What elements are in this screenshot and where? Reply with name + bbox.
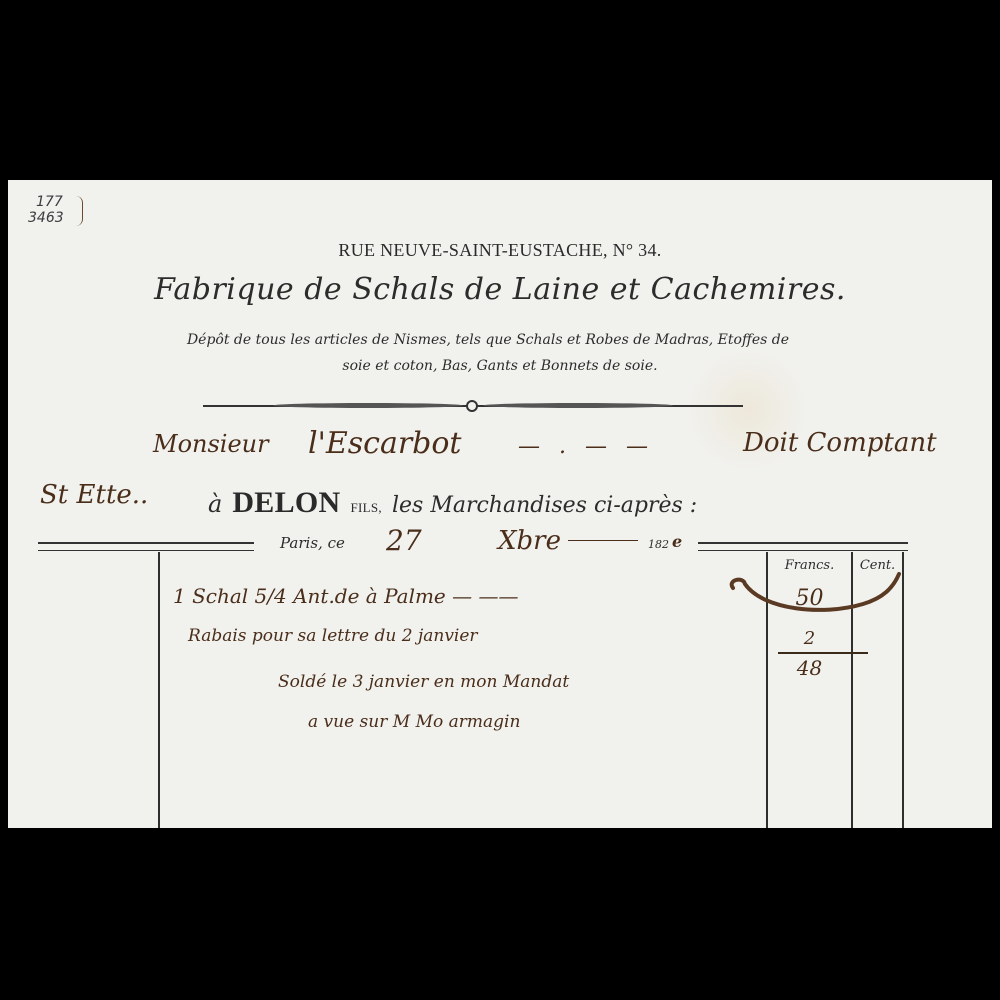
letterhead-description-2: soie et coton, Bas, Gants et Bonnets de … bbox=[8, 358, 992, 374]
ink-flourish bbox=[723, 570, 903, 630]
margin-note: St Ette.. bbox=[40, 480, 148, 510]
date-year-suffix: e bbox=[672, 532, 682, 551]
letterhead-description-1: Dépôt de tous les articles de Nismes, te… bbox=[38, 332, 938, 348]
archive-marks: 177 3463 bbox=[28, 194, 64, 226]
merchant-prefix: à bbox=[208, 490, 222, 518]
payment-terms: Doit Comptant bbox=[743, 428, 937, 458]
date-place: Paris, ce bbox=[280, 534, 345, 552]
total-francs: 48 bbox=[768, 656, 851, 680]
total-rule bbox=[778, 652, 868, 654]
date-rule-right bbox=[698, 542, 908, 551]
archive-mark-2: 3463 bbox=[28, 210, 64, 226]
letterhead-title: Fabrique de Schals de Laine et Cachemire… bbox=[8, 272, 992, 307]
merchant-suffix: FILS, bbox=[351, 500, 382, 516]
date-day: 27 bbox=[386, 524, 422, 557]
date-year-prefix: 182 bbox=[648, 538, 669, 551]
brace-mark bbox=[76, 196, 83, 226]
merchant-phrase: les Marchandises ci-après : bbox=[392, 493, 697, 518]
item-row-1: 1 Schal 5/4 Ant.de à Palme — —— bbox=[173, 584, 518, 608]
letterhead-address: RUE NEUVE-SAINT-EUSTACHE, N° 34. bbox=[8, 240, 992, 261]
merchant-name: DELON bbox=[232, 486, 340, 520]
merchant-line: à DELON FILS, les Marchandises ci-après … bbox=[208, 486, 697, 520]
item-2-francs: 2 bbox=[768, 628, 851, 649]
invoice-paper: 177 3463 RUE NEUVE-SAINT-EUSTACHE, N° 34… bbox=[8, 180, 992, 828]
date-rule-left bbox=[38, 542, 254, 551]
salutation: Monsieur bbox=[153, 430, 269, 458]
rosette-icon bbox=[466, 400, 478, 412]
item-row-2: Rabais pour sa lettre du 2 janvier bbox=[188, 626, 478, 646]
payment-note-1: Soldé le 3 janvier en mon Mandat bbox=[278, 672, 569, 692]
date-month: Xbre bbox=[498, 526, 561, 556]
addressee-dashes: — . — — bbox=[518, 434, 654, 459]
addressee-name: l'Escarbot bbox=[308, 426, 462, 461]
ornamental-divider bbox=[203, 402, 743, 410]
archive-mark-1: 177 bbox=[28, 194, 64, 210]
table-left-line bbox=[158, 552, 160, 828]
date-stroke bbox=[568, 540, 638, 541]
payment-note-2: a vue sur M Mo armagin bbox=[308, 712, 520, 732]
